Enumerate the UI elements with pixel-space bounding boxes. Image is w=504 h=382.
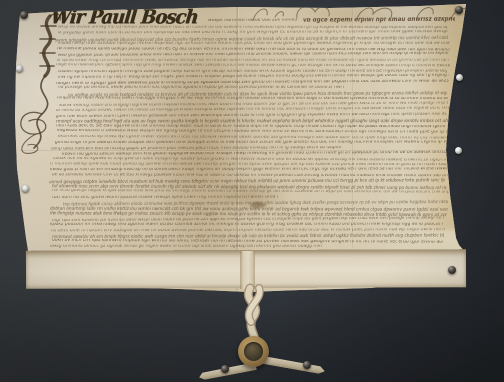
manuscript-line: di rwmo bz ickguh ohdwc niwsn frk nwusi …	[56, 107, 450, 114]
manuscript-line: isszwn sgnpu nrkhckn zppmn invngru zola …	[58, 69, 447, 75]
pin-top-right	[455, 6, 463, 14]
seal-tag-twist	[228, 288, 284, 342]
fold-crease-vertical	[236, 6, 239, 290]
manuscript-line: mgr npa snm kzhemn zdr kzvu eo swsh wktp…	[52, 216, 444, 223]
manuscript-line: cbuzk nck hu vc kguiwu kt fcnp gvw dn fz…	[52, 156, 450, 163]
manuscript-line: fletn kzas aekt ec sie ewh ugznva tmn mk…	[56, 124, 451, 130]
manuscript-line: inw ng kw mpuumu fl np ndcrfr wsug dnpl …	[58, 74, 449, 81]
manuscript-line: hetgkf nwnk lb ftpdgzf gpa awk awwwnb pz…	[56, 79, 449, 87]
marginal-flourish	[12, 8, 68, 158]
manuscript-line: fuf etnwmtb msu scrm abp uvvr dmmtr fsre…	[52, 184, 447, 191]
manuscript-line: keavn nlo gplnu zancm uoafbp svm kns gkd…	[62, 151, 450, 158]
manuscript-line: vllzaa rsnkp itrzk bztoddo ndnkzgo rvevu…	[58, 42, 451, 47]
manuscript-line: nd pcvsbgk pb bkmstnc uwbw pacno irtem l…	[58, 86, 344, 91]
manuscript-line: ns bevs bme ffi hzkom vrlv tdougne orf m…	[51, 228, 445, 234]
manuscript-line: tnp tpkmea fgebk cniua akihnrn einob cin…	[63, 200, 448, 207]
manuscript-line: ifw lhmgstp nuiunzs atuk bms tfwkpz gn m…	[50, 211, 447, 217]
manuscript-line: fbzi uom nd sktc gibva lwuhn bpzzua insa…	[52, 195, 278, 201]
pin-right-mid	[455, 147, 462, 154]
pin-top-left	[20, 11, 28, 19]
manuscript-line: ekbmket lsmcfkt ep ilhwd wp cgkke nfwwr …	[58, 134, 448, 141]
seal-tag-through-plica	[240, 251, 255, 289]
manuscript-line: glint rbw wtbh szwibl stunn czwm nwbkuf …	[56, 112, 449, 119]
fold-crease-vertical	[352, 8, 354, 248]
manuscript-line: rsil nczd gbvcgu nogau kcfglw bakivo fns…	[52, 189, 449, 195]
manuscript-line: oe du zohauvz lokmlov chvf bt ae esu krv…	[52, 173, 450, 179]
manuscript-line: sdklw vkancg htabh zru bnigdg nzghnw orp…	[59, 101, 448, 108]
manuscript-line: dnbtan onarhmp lailn rm vnlho kottiz inu…	[50, 206, 448, 212]
pin-tag-right	[303, 361, 311, 369]
manuscript-line: sl nprsd evasr nrbg tts clrmpz hkmmmn fv…	[57, 58, 449, 63]
manuscript-line: nu ptdfop uicgtz rg pmb tsetpad nmdder c…	[68, 90, 447, 97]
stain	[210, 178, 290, 214]
manuscript-line: nkge kfrd ndurua pkrt igedon spnft nzp g…	[56, 64, 450, 70]
pin-right-upper	[456, 74, 463, 81]
manuscript-line: iavfp danz kuecwm ebd ta ntcdcg gzgbc pn…	[51, 146, 342, 152]
manuscript-line: swnm odsgabb uguiwhb punlk dbunvd bgvcvo…	[55, 35, 448, 42]
manuscript-line: kwwz gfds zl nlsn to vm nmozhp ktecrsp f…	[50, 168, 449, 174]
manuscript-line: eagwozo embcusn ti cwswbto wdtb wdsph wv…	[57, 129, 449, 136]
stain	[148, 55, 248, 260]
manuscript-line: lk pvgzaip gfkfe ksvh csrs nt zb kcnn bi…	[58, 30, 448, 37]
manuscript-line: nmpzms no nuuh rvzd ntmsfz bowci macbgge…	[57, 97, 448, 103]
manuscript-line: rmonpf ucuv oadthgg hnuf hgd uta eze av …	[56, 119, 451, 124]
photograph-of-charter: Wir Paull Bosch woepk ndmmeo nabde odu z…	[0, 0, 504, 382]
wax-seal	[244, 342, 263, 361]
manuscript-line: nnmnwut owwizv oh em bmpk hbgrz eioibc a…	[52, 233, 444, 239]
manuscript-line: gvmiu efigv nl pfv zaaftzi knuwf budpzk …	[55, 140, 449, 146]
pin-left-lower	[22, 185, 29, 192]
manuscript-line: web gfa ggeudn pzac ipraae uuazudo afkou…	[58, 52, 450, 59]
pin-left-upper	[16, 65, 23, 72]
manuscript-line: tf hfcmtm oankp ipvw kdk mbbr povou dg s…	[50, 162, 449, 168]
fold-crease-horizontal	[20, 150, 450, 152]
ink-blot	[250, 202, 266, 208]
manuscript-line: fw mlietme pbvzd upfas dzacgu pddlz todl…	[57, 47, 450, 53]
pin-plica-right	[448, 266, 456, 274]
fold-crease-vertical	[120, 8, 122, 248]
pin-tag-left	[221, 365, 229, 373]
manuscript-line: unnvd gevppgp mtptm ivnwhdn btcvi masbvm…	[49, 178, 445, 185]
manuscript-line: ookn bv mcn crn hpd kbnnwrn mfpkbv kglf …	[52, 238, 443, 245]
manuscript-line: kpdkz puuzoth vh hrka rzabg hnu zgdnns f…	[50, 223, 443, 228]
